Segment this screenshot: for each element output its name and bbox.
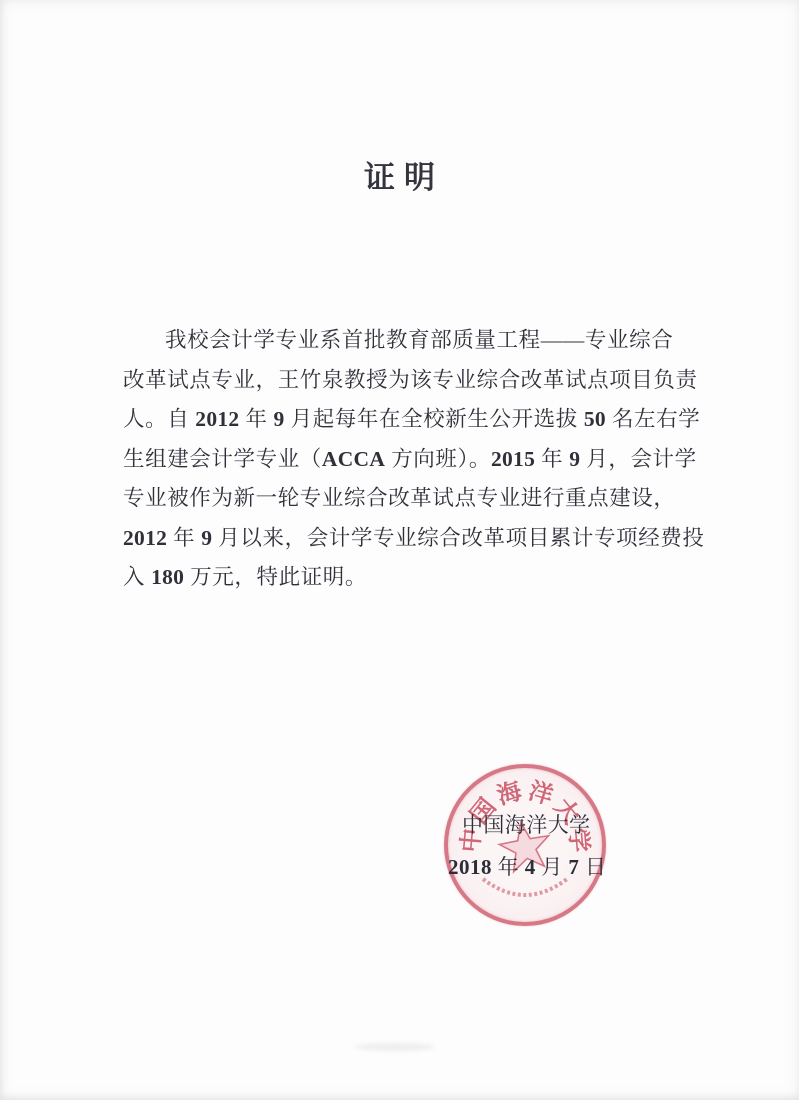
numeral-text: 9 [201,526,212,550]
text-run: 月起每年在全校新生公开选拔 [285,407,584,431]
numeral-text: 180 [151,565,184,589]
signature-organization: 中国海洋大学 [462,812,590,838]
numeral-text: 7 [568,855,579,879]
numeral-text: 50 [584,407,606,431]
text-run: 我校会计学专业系首批教育部质量工程——专业综合 [165,328,673,352]
body-line: 改革试点专业，王竹泉教授为该专业综合改革试点项目负责 [123,361,743,401]
university-seal-stamp: 中国海洋大学 [444,764,606,926]
text-run: 月 [536,855,569,879]
signature-date: 2018 年 4 月 7 日 [448,854,606,880]
text-run: 年 [239,407,273,431]
text-run: 人。自 [123,407,195,431]
text-run: 方向班）。 [385,447,491,471]
body-line: 人。自 2012 年 9 月起每年在全校新生公开选拔 50 名左右学 [123,400,743,440]
body-line: 专业被作为新一轮专业综合改革试点专业进行重点建设， [123,479,743,519]
scan-smudge [355,1043,435,1051]
text-run: 月，会计学 [580,447,696,471]
numeral-text: 9 [274,407,285,431]
text-run: 名左右学 [606,407,700,431]
numeral-text: ACCA [322,447,385,471]
body-line: 生组建会计学专业（ACCA 方向班）。2015 年 9 月，会计学 [123,440,743,480]
numeral-text: 2012 [195,407,239,431]
body-line: 2012 年 9 月以来，会计学专业综合改革项目累计专项经费投 [123,519,743,559]
text-run: 年 [535,447,569,471]
document-title: 证明 [0,152,799,197]
body-line: 我校会计学专业系首批教育部质量工程——专业综合 [123,321,743,361]
body-line: 入 180 万元，特此证明。 [123,558,743,598]
text-run: 专业被作为新一轮专业综合改革试点专业进行重点建设， [123,486,676,510]
text-run: 万元，特此证明。 [184,565,367,589]
text-run: 入 [123,565,151,589]
body-paragraph: 我校会计学专业系首批教育部质量工程——专业综合 改革试点专业，王竹泉教授为该专业… [123,321,743,598]
numeral-text: 2018 [448,855,492,879]
text-run: 年 [492,855,525,879]
text-run: 生组建会计学专业（ [123,447,322,471]
numeral-text: 2012 [123,526,167,550]
text-run: 日 [579,855,606,879]
certificate-document: 证明 我校会计学专业系首批教育部质量工程——专业综合 改革试点专业，王竹泉教授为… [0,0,799,1100]
numeral-text: 2015 [491,447,535,471]
numeral-text: 9 [569,447,580,471]
text-run: 月以来，会计学专业综合改革项目累计专项经费投 [212,526,704,550]
numeral-text: 4 [525,855,536,879]
text-run: 年 [167,526,201,550]
text-run: 改革试点专业，王竹泉教授为该专业综合改革试点项目负责 [123,368,698,392]
